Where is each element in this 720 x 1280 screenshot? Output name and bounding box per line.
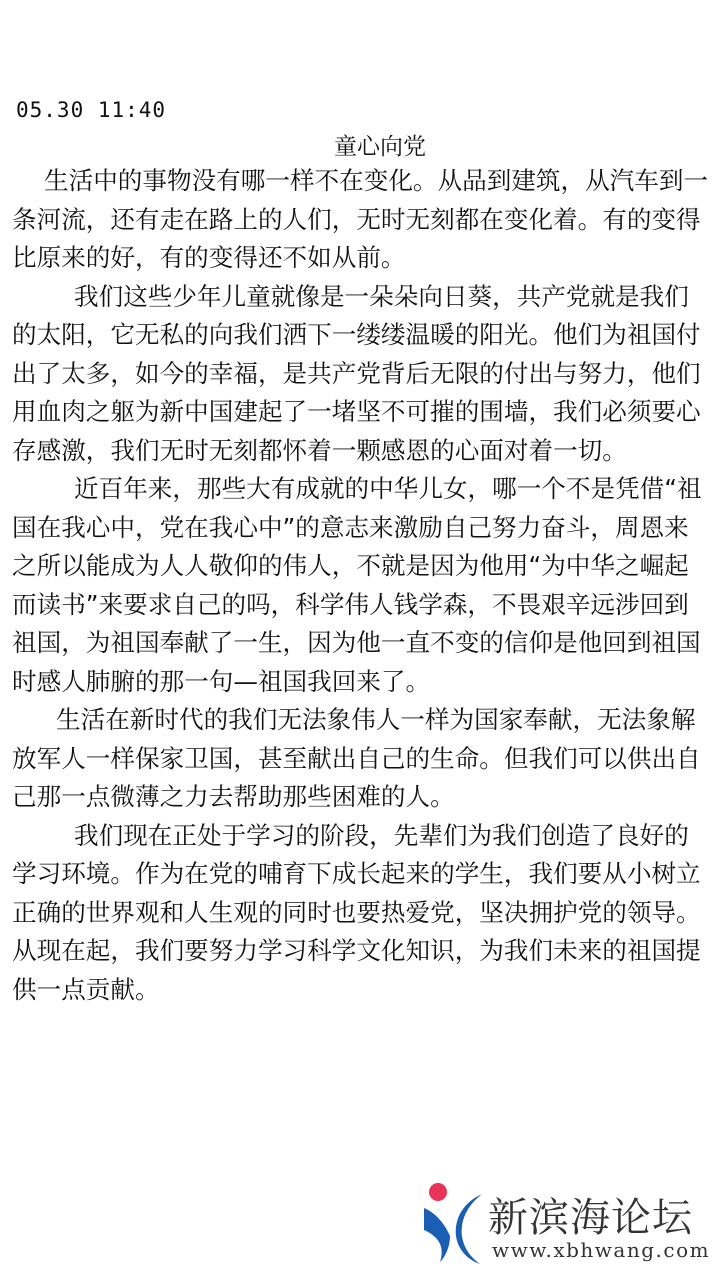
paragraph: 我们这些少年儿童就像是一朵朵向日葵，共产党就是我们的太阳，它无私的向我们洒下一缕… <box>12 278 712 471</box>
timestamp: 05.30 11:40 <box>16 98 166 122</box>
watermark-logo: 新滨海论坛 www.xbhwang.com <box>420 1178 720 1268</box>
paragraph: 生活在新时代的我们无法象伟人一样为国家奉献，无法象解放军人一样保家卫国，甚至献出… <box>12 701 712 817</box>
xbh-logo-icon <box>420 1178 490 1268</box>
paragraph: 我们现在正处于学习的阶段，先辈们为我们创造了良好的学习环境。作为在党的哺育下成长… <box>12 817 712 1010</box>
paragraph: 近百年来，那些大有成就的中华儿女，哪一个不是凭借“祖国在我心中，党在我心中”的意… <box>12 470 712 701</box>
watermark-url: www.xbhwang.com <box>492 1238 710 1262</box>
watermark-name: 新滨海论坛 <box>488 1186 693 1243</box>
article-title: 童心向党 <box>0 128 720 161</box>
article-body: 生活中的事物没有哪一样不在变化。从品到建筑，从汽车到一条河流，还有走在路上的人们… <box>12 162 712 1009</box>
paragraph: 生活中的事物没有哪一样不在变化。从品到建筑，从汽车到一条河流，还有走在路上的人们… <box>12 162 712 278</box>
